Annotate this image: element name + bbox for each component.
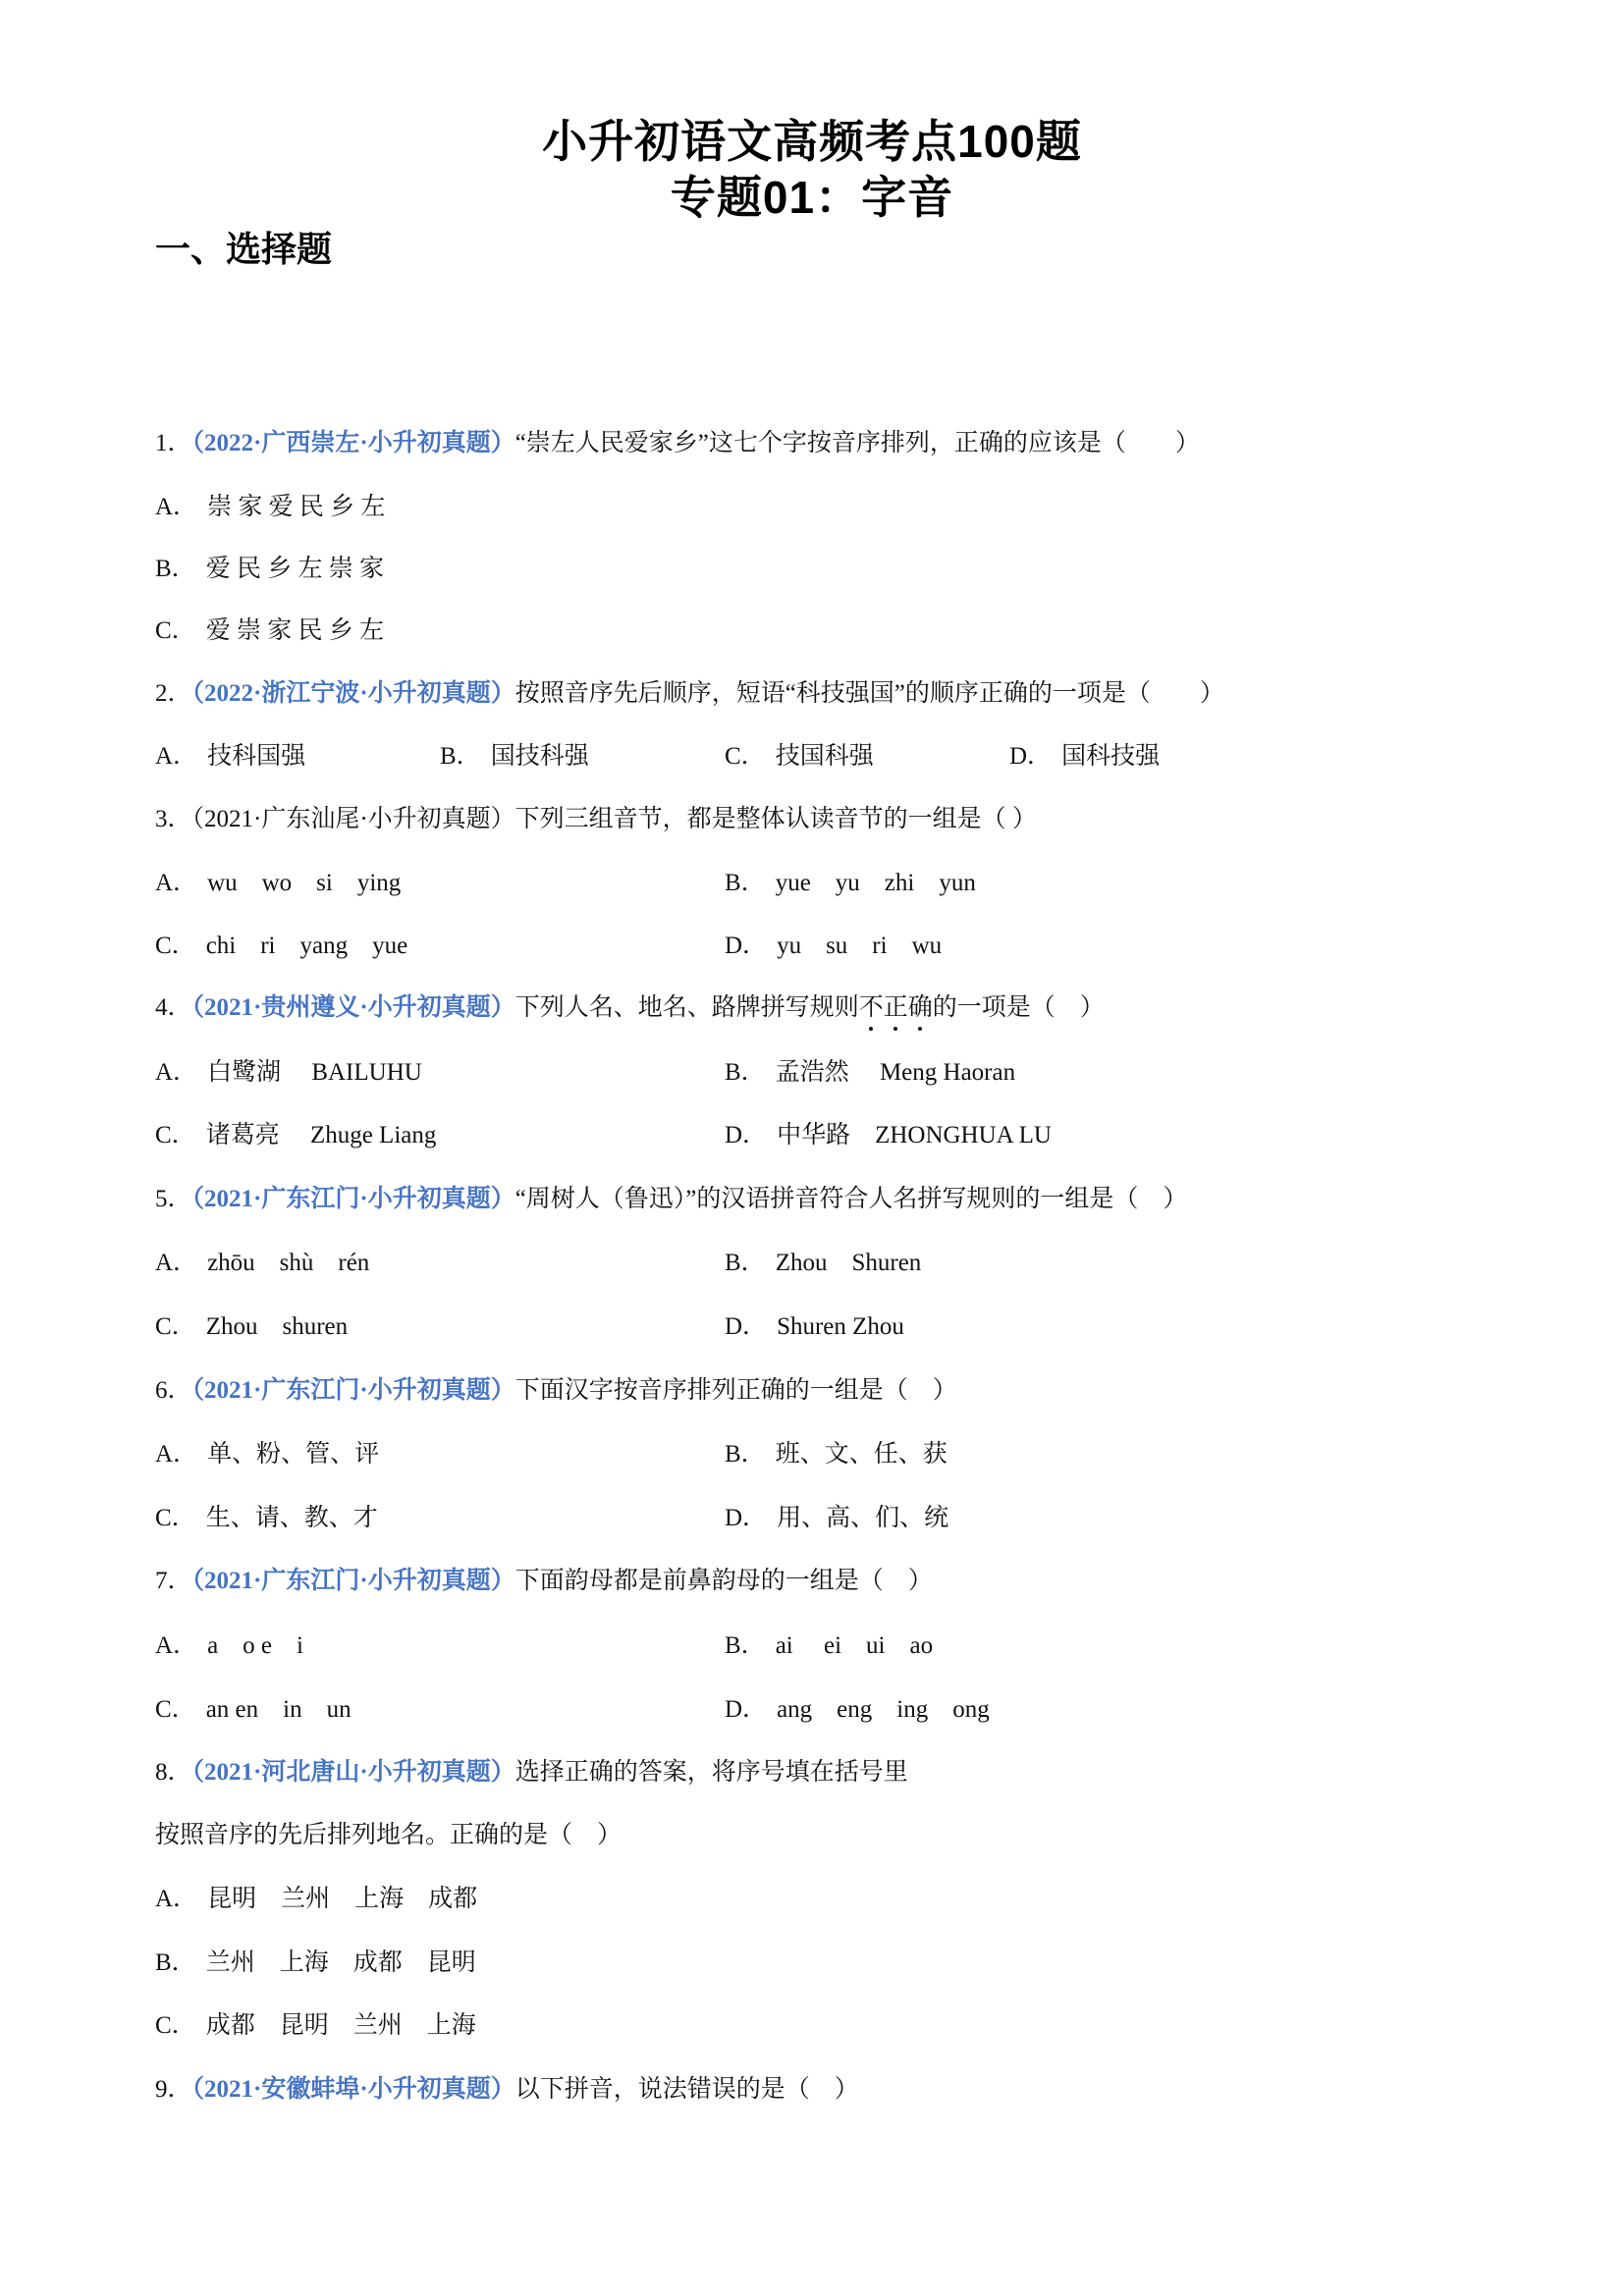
question-8-line-2: 按照音序的先后排列地名。正确的是（ ） xyxy=(155,1821,622,1850)
option-d: D．用、高、们、统 xyxy=(725,1504,948,1533)
question-source: （2022·浙江宁波·小升初真题） xyxy=(192,680,515,707)
question-stem: 按照音序先后顺序，短语“科技强国”的顺序正确的一项是（ ） xyxy=(515,680,1224,707)
question-number: 3． xyxy=(155,806,192,832)
option-b: B．孟浩然 Meng Haoran xyxy=(725,1058,1015,1088)
option-c: C．成都 昆明 兰州 上海 xyxy=(155,2011,476,2041)
question-stem: “周树人（鲁迅）”的汉语拼音符合人名拼写规则的一组是（ ） xyxy=(515,1186,1188,1212)
option-b: B．爱 民 乡 左 崇 家 xyxy=(155,555,384,584)
question-2: 2．（2022·浙江宁波·小升初真题）按照音序先后顺序，短语“科技强国”的顺序正… xyxy=(155,679,1224,709)
question-1: 1．（2022·广西崇左·小升初真题）“崇左人民爱家乡”这七个字按音序排列，正确… xyxy=(155,429,1200,458)
option-a: A．wu wo si ying xyxy=(155,869,401,898)
question-stem: “崇左人民爱家乡”这七个字按音序排列，正确的应该是（ ） xyxy=(515,430,1200,456)
document-subtitle: 专题01：字音 xyxy=(0,162,1624,227)
option-a: A．a o e i xyxy=(155,1631,303,1661)
option-b: B．国技科强 xyxy=(440,742,589,772)
emphasis-char: 确 xyxy=(908,993,933,1023)
question-source: （2021·广东江门·小升初真题） xyxy=(192,1186,515,1212)
question-number: 4． xyxy=(155,994,192,1021)
question-stem: 以下拼音，说法错误的是（ ） xyxy=(515,2076,859,2103)
question-number: 6． xyxy=(155,1377,192,1404)
question-number: 7． xyxy=(155,1568,192,1594)
option-d: D．ang eng ing ong xyxy=(725,1695,990,1725)
question-4: 4．（2021·贵州遵义·小升初真题）下列人名、地名、路牌拼写规则不正确的一项是… xyxy=(155,993,1105,1023)
emphasis-char: 正 xyxy=(884,993,908,1023)
section-heading: 一、选择题 xyxy=(155,222,332,272)
option-d: D．yu su ri wu xyxy=(725,932,942,961)
option-b: B．ai ei ui ao xyxy=(725,1631,933,1661)
question-stem: 下列人名、地名、路牌拼写规则 xyxy=(515,994,859,1021)
option-b: B．班、文、任、获 xyxy=(725,1440,947,1469)
question-source: （2021·广东江门·小升初真题） xyxy=(192,1377,515,1404)
option-d: D．国科技强 xyxy=(1009,742,1160,772)
option-c: C．诸葛亮 Zhuge Liang xyxy=(155,1121,436,1150)
option-a: A．昆明 兰州 上海 成都 xyxy=(155,1885,477,1914)
document-page: 小升初语文高频考点100题 专题01：字音 一、选择题 1．（2022·广西崇左… xyxy=(0,0,1624,2296)
option-a: A．单、粉、管、评 xyxy=(155,1440,379,1469)
emphasis-char: 不 xyxy=(859,993,884,1023)
option-c: C．Zhou shuren xyxy=(155,1312,348,1342)
question-source: （2021·河北唐山·小升初真题） xyxy=(192,1759,515,1786)
option-d: D．Shuren Zhou xyxy=(725,1312,904,1342)
question-number: 9． xyxy=(155,2076,192,2103)
question-8: 8．（2021·河北唐山·小升初真题）选择正确的答案，将序号填在括号里 xyxy=(155,1758,908,1788)
question-6: 6．（2021·广东江门·小升初真题）下面汉字按音序排列正确的一组是（ ） xyxy=(155,1376,957,1406)
option-c: C．爱 崇 家 民 乡 左 xyxy=(155,616,384,646)
question-stem: 下面汉字按音序排列正确的一组是（ ） xyxy=(515,1377,957,1404)
question-stem: 下面韵母都是前鼻韵母的一组是（ ） xyxy=(515,1568,933,1594)
option-c: C．an en in un xyxy=(155,1695,352,1725)
option-c: C．chi ri yang yue xyxy=(155,932,407,961)
question-number: 8． xyxy=(155,1759,192,1786)
option-c: C．技国科强 xyxy=(725,742,874,772)
question-source: （2021·广东江门·小升初真题） xyxy=(192,1568,515,1594)
question-source: （2021·贵州遵义·小升初真题） xyxy=(192,994,515,1021)
option-b: B．yue yu zhi yun xyxy=(725,869,976,898)
question-source: （2022·广西崇左·小升初真题） xyxy=(192,430,515,456)
question-stem: 下列三组音节，都是整体认读音节的一组是（ ） xyxy=(515,806,1037,832)
question-7: 7．（2021·广东江门·小升初真题）下面韵母都是前鼻韵母的一组是（ ） xyxy=(155,1567,933,1596)
option-b: B．Zhou Shuren xyxy=(725,1249,921,1278)
option-c: C．生、请、教、才 xyxy=(155,1504,378,1533)
option-a: A．技科国强 xyxy=(155,742,305,772)
question-stem: 选择正确的答案，将序号填在括号里 xyxy=(515,1759,908,1786)
option-a: A．崇 家 爱 民 乡 左 xyxy=(155,493,385,522)
question-source: （2021·安徽蚌埠·小升初真题） xyxy=(192,2076,515,2103)
option-b: B．兰州 上海 成都 昆明 xyxy=(155,1949,476,1978)
option-d: D．中华路 ZHONGHUA LU xyxy=(725,1121,1052,1150)
question-source: （2021·广东汕尾·小升初真题） xyxy=(192,806,515,832)
question-9: 9．（2021·安徽蚌埠·小升初真题）以下拼音，说法错误的是（ ） xyxy=(155,2075,859,2105)
question-5: 5．（2021·广东江门·小升初真题）“周树人（鲁迅）”的汉语拼音符合人名拼写规… xyxy=(155,1185,1187,1214)
option-a: A．zhōu shù rén xyxy=(155,1249,369,1278)
option-a: A．白鹭湖 BAILUHU xyxy=(155,1058,422,1088)
question-number: 2． xyxy=(155,680,192,707)
question-number: 1． xyxy=(155,430,192,456)
question-number: 5． xyxy=(155,1186,192,1212)
question-3: 3．（2021·广东汕尾·小升初真题）下列三组音节，都是整体认读音节的一组是（ … xyxy=(155,805,1037,834)
